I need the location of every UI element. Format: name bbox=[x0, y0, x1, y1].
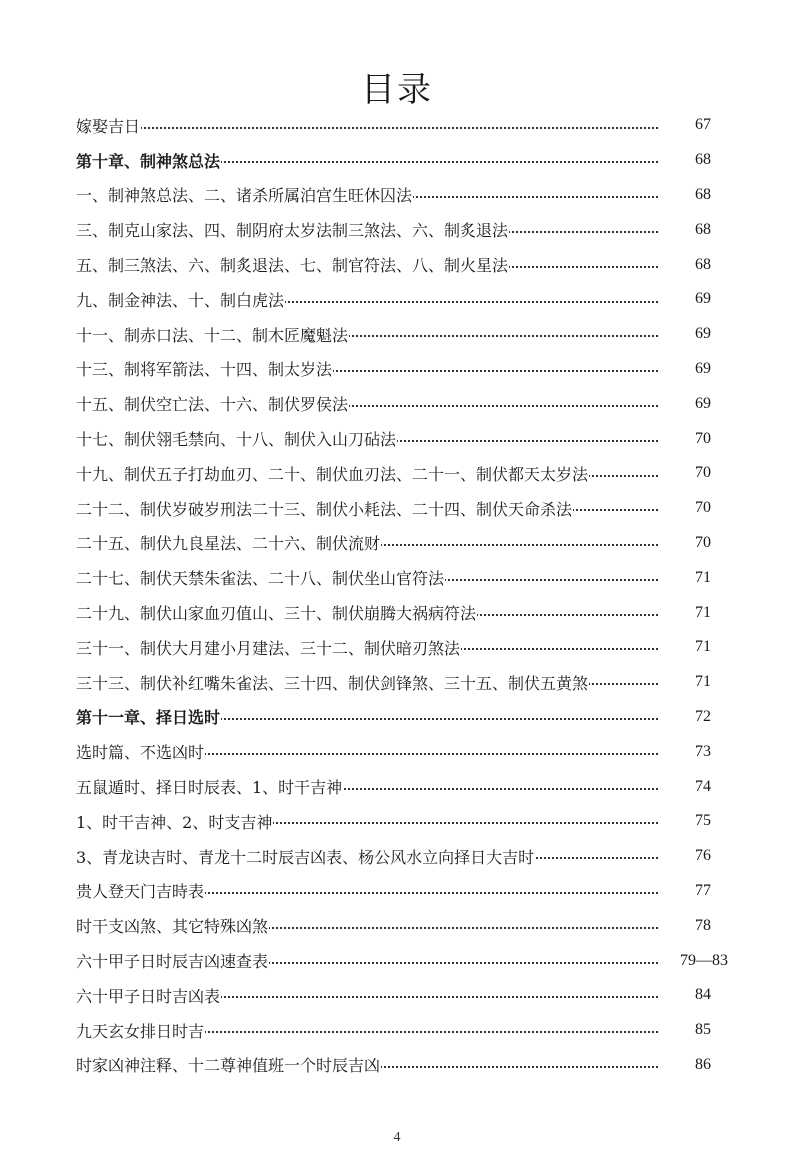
toc-entry[interactable]: 三、制克山家法、四、制阴府太岁法制三煞法、六、制炙退法68 bbox=[76, 212, 736, 247]
toc-entry[interactable]: 五鼠遁时、择日时辰表、1、时干吉神74 bbox=[76, 769, 736, 804]
toc-entry-text: 贵人登天门吉時表 bbox=[76, 882, 205, 901]
toc-entry-page: 69 bbox=[678, 290, 728, 308]
toc-entry[interactable]: 1、时干吉神、2、时支吉神75 bbox=[76, 804, 736, 839]
toc-chapter-entry[interactable]: 第十章、制神煞总法68 bbox=[76, 143, 736, 178]
toc-entry-page: 78 bbox=[678, 917, 728, 935]
toc-entry[interactable]: 十七、制伏翎毛禁向、十八、制伏入山刀砧法70 bbox=[76, 421, 736, 456]
toc-entry-text: 十九、制伏五子打劫血刃、二十、制伏血刃法、二十一、制伏都天太岁法 bbox=[76, 465, 589, 484]
toc-entry[interactable]: 六十甲子日时吉凶表84 bbox=[76, 978, 736, 1013]
toc-entry[interactable]: 二十九、制伏山家血刃值山、三十、制伏崩腾大祸病符法71 bbox=[76, 595, 736, 630]
toc-entry-label: 十三、制将军箭法、十四、制太岁法 bbox=[76, 357, 660, 380]
page-title: 目录 bbox=[0, 62, 794, 111]
toc-entry-page: 69 bbox=[678, 360, 728, 378]
toc-entry-label: 一、制神煞总法、二、诸杀所属泊宫生旺休囚法 bbox=[76, 183, 660, 206]
toc-entry[interactable]: 十三、制将军箭法、十四、制太岁法69 bbox=[76, 352, 736, 387]
toc-entry-text: 九天玄女排日时吉 bbox=[76, 1022, 205, 1041]
toc-entry-text: 第十章、制神煞总法 bbox=[76, 152, 221, 171]
toc-entry-label: 五鼠遁时、择日时辰表、1、时干吉神 bbox=[76, 775, 660, 798]
toc-entry-label: 九天玄女排日时吉 bbox=[76, 1019, 660, 1042]
page-number: 4 bbox=[0, 1130, 794, 1146]
toc-entry[interactable]: 二十二、制伏岁破岁刑法二十三、制伏小耗法、二十四、制伏天命杀法70 bbox=[76, 491, 736, 526]
toc-entry-page: 67 bbox=[678, 116, 728, 134]
toc-entry-page: 79—83 bbox=[664, 952, 744, 970]
toc-entry-page: 72 bbox=[678, 708, 728, 726]
toc-entry-page: 68 bbox=[678, 221, 728, 239]
toc-chapter-entry[interactable]: 第十一章、择日选时72 bbox=[76, 700, 736, 735]
toc-entry-text: 六十甲子日时辰吉凶速查表 bbox=[76, 952, 269, 971]
toc-entry-page: 84 bbox=[678, 986, 728, 1004]
toc-entry-label: 十一、制赤口法、十二、制木匠魔魁法 bbox=[76, 323, 660, 346]
toc-entry-page: 70 bbox=[678, 534, 728, 552]
toc-entry-text: 二十九、制伏山家血刃值山、三十、制伏崩腾大祸病符法 bbox=[76, 604, 477, 623]
toc-entry-text: 十三、制将军箭法、十四、制太岁法 bbox=[76, 360, 333, 379]
toc-entry-text: 3、青龙诀吉时、青龙十二时辰吉凶表、杨公风水立向择日大吉时 bbox=[76, 848, 535, 867]
toc-entry-label: 选时篇、不选凶时 bbox=[76, 740, 660, 763]
toc-entry-label: 第十章、制神煞总法 bbox=[76, 149, 660, 172]
toc-entry-text: 三十三、制伏补红嘴朱雀法、三十四、制伏剑锋煞、三十五、制伏五黄煞 bbox=[76, 674, 589, 693]
toc-entry-text: 五鼠遁时、择日时辰表、1、时干吉神 bbox=[76, 778, 343, 797]
toc-entry-page: 68 bbox=[678, 256, 728, 274]
toc-entry-page: 73 bbox=[678, 743, 728, 761]
toc-entry-label: 时干支凶煞、其它特殊凶煞 bbox=[76, 914, 660, 937]
toc-entry-text: 选时篇、不选凶时 bbox=[76, 743, 205, 762]
toc-entry-text: 第十一章、择日选时 bbox=[76, 708, 221, 727]
toc-entry-text: 时家凶神注释、十二尊神值班一个时辰吉凶 bbox=[76, 1056, 381, 1075]
toc-entry-text: 十七、制伏翎毛禁向、十八、制伏入山刀砧法 bbox=[76, 430, 397, 449]
toc-entry-label: 时家凶神注释、十二尊神值班一个时辰吉凶 bbox=[76, 1053, 660, 1076]
toc-entry-page: 77 bbox=[678, 882, 728, 900]
toc-entry-label: 二十二、制伏岁破岁刑法二十三、制伏小耗法、二十四、制伏天命杀法 bbox=[76, 497, 660, 520]
toc-entry-label: 二十七、制伏天禁朱雀法、二十八、制伏坐山官符法 bbox=[76, 566, 660, 589]
toc-entry-label: 二十九、制伏山家血刃值山、三十、制伏崩腾大祸病符法 bbox=[76, 601, 660, 624]
table-of-contents: 嫁娶吉日67第十章、制神煞总法68一、制神煞总法、二、诸杀所属泊宫生旺休囚法68… bbox=[76, 108, 736, 1082]
toc-entry[interactable]: 二十七、制伏天禁朱雀法、二十八、制伏坐山官符法71 bbox=[76, 560, 736, 595]
toc-entry-text: 二十二、制伏岁破岁刑法二十三、制伏小耗法、二十四、制伏天命杀法 bbox=[76, 500, 573, 519]
toc-entry-page: 74 bbox=[678, 778, 728, 796]
toc-entry[interactable]: 九天玄女排日时吉85 bbox=[76, 1013, 736, 1048]
toc-entry-label: 二十五、制伏九良星法、二十六、制伏流财 bbox=[76, 531, 660, 554]
toc-entry-text: 九、制金神法、十、制白虎法 bbox=[76, 291, 285, 310]
toc-entry-text: 二十五、制伏九良星法、二十六、制伏流财 bbox=[76, 534, 381, 553]
toc-entry-page: 85 bbox=[678, 1021, 728, 1039]
toc-entry[interactable]: 3、青龙诀吉时、青龙十二时辰吉凶表、杨公风水立向择日大吉时76 bbox=[76, 839, 736, 874]
toc-entry-label: 三、制克山家法、四、制阴府太岁法制三煞法、六、制炙退法 bbox=[76, 218, 660, 241]
toc-entry-text: 时干支凶煞、其它特殊凶煞 bbox=[76, 917, 269, 936]
toc-entry-page: 70 bbox=[678, 464, 728, 482]
toc-entry-text: 嫁娶吉日 bbox=[76, 117, 141, 136]
toc-entry-label: 嫁娶吉日 bbox=[76, 114, 660, 137]
toc-entry-label: 三十一、制伏大月建小月建法、三十二、制伏暗刃煞法 bbox=[76, 636, 660, 659]
toc-entry-text: 六十甲子日时吉凶表 bbox=[76, 987, 221, 1006]
toc-entry-label: 第十一章、择日选时 bbox=[76, 705, 660, 728]
toc-entry[interactable]: 十九、制伏五子打劫血刃、二十、制伏血刃法、二十一、制伏都天太岁法70 bbox=[76, 456, 736, 491]
toc-entry[interactable]: 时家凶神注释、十二尊神值班一个时辰吉凶86 bbox=[76, 1048, 736, 1083]
toc-entry-label: 六十甲子日时辰吉凶速查表 bbox=[76, 949, 660, 972]
toc-entry[interactable]: 三十一、制伏大月建小月建法、三十二、制伏暗刃煞法71 bbox=[76, 630, 736, 665]
toc-entry[interactable]: 十一、制赤口法、十二、制木匠魔魁法69 bbox=[76, 317, 736, 352]
toc-entry-page: 68 bbox=[678, 186, 728, 204]
toc-entry-page: 71 bbox=[678, 604, 728, 622]
toc-entry-label: 贵人登天门吉時表 bbox=[76, 879, 660, 902]
toc-entry[interactable]: 时干支凶煞、其它特殊凶煞78 bbox=[76, 908, 736, 943]
toc-entry-text: 二十七、制伏天禁朱雀法、二十八、制伏坐山官符法 bbox=[76, 569, 445, 588]
toc-entry-text: 五、制三煞法、六、制炙退法、七、制官符法、八、制火星法 bbox=[76, 256, 509, 275]
toc-entry-page: 71 bbox=[678, 638, 728, 656]
toc-entry[interactable]: 六十甲子日时辰吉凶速查表79—83 bbox=[76, 943, 736, 978]
toc-entry-label: 1、时干吉神、2、时支吉神 bbox=[76, 810, 660, 833]
toc-entry-text: 十五、制伏空亡法、十六、制伏罗侯法 bbox=[76, 395, 349, 414]
toc-entry[interactable]: 三十三、制伏补红嘴朱雀法、三十四、制伏剑锋煞、三十五、制伏五黄煞71 bbox=[76, 665, 736, 700]
toc-entry[interactable]: 九、制金神法、十、制白虎法69 bbox=[76, 282, 736, 317]
toc-entry-page: 75 bbox=[678, 812, 728, 830]
toc-entry-page: 70 bbox=[678, 430, 728, 448]
toc-entry-label: 五、制三煞法、六、制炙退法、七、制官符法、八、制火星法 bbox=[76, 253, 660, 276]
toc-entry-page: 68 bbox=[678, 151, 728, 169]
toc-entry-label: 十五、制伏空亡法、十六、制伏罗侯法 bbox=[76, 392, 660, 415]
toc-entry[interactable]: 五、制三煞法、六、制炙退法、七、制官符法、八、制火星法68 bbox=[76, 247, 736, 282]
toc-entry[interactable]: 选时篇、不选凶时73 bbox=[76, 734, 736, 769]
toc-entry-text: 十一、制赤口法、十二、制木匠魔魁法 bbox=[76, 326, 349, 345]
toc-entry-text: 一、制神煞总法、二、诸杀所属泊宫生旺休囚法 bbox=[76, 186, 413, 205]
toc-entry-page: 69 bbox=[678, 395, 728, 413]
toc-entry-label: 十九、制伏五子打劫血刃、二十、制伏血刃法、二十一、制伏都天太岁法 bbox=[76, 462, 660, 485]
toc-entry-text: 三十一、制伏大月建小月建法、三十二、制伏暗刃煞法 bbox=[76, 639, 461, 658]
toc-entry-page: 71 bbox=[678, 569, 728, 587]
toc-entry[interactable]: 十五、制伏空亡法、十六、制伏罗侯法69 bbox=[76, 386, 736, 421]
toc-entry-label: 六十甲子日时吉凶表 bbox=[76, 984, 660, 1007]
toc-entry-text: 1、时干吉神、2、时支吉神 bbox=[76, 813, 273, 832]
toc-entry-page: 70 bbox=[678, 499, 728, 517]
toc-entry[interactable]: 一、制神煞总法、二、诸杀所属泊宫生旺休囚法68 bbox=[76, 178, 736, 213]
toc-entry-page: 76 bbox=[678, 847, 728, 865]
toc-entry[interactable]: 嫁娶吉日67 bbox=[76, 108, 736, 143]
toc-entry-page: 71 bbox=[678, 673, 728, 691]
toc-entry-text: 三、制克山家法、四、制阴府太岁法制三煞法、六、制炙退法 bbox=[76, 221, 509, 240]
toc-entry[interactable]: 贵人登天门吉時表77 bbox=[76, 874, 736, 909]
toc-entry[interactable]: 二十五、制伏九良星法、二十六、制伏流财70 bbox=[76, 526, 736, 561]
toc-entry-label: 3、青龙诀吉时、青龙十二时辰吉凶表、杨公风水立向择日大吉时 bbox=[76, 845, 660, 868]
toc-entry-label: 十七、制伏翎毛禁向、十八、制伏入山刀砧法 bbox=[76, 427, 660, 450]
toc-entry-label: 三十三、制伏补红嘴朱雀法、三十四、制伏剑锋煞、三十五、制伏五黄煞 bbox=[76, 671, 660, 694]
toc-entry-page: 86 bbox=[678, 1056, 728, 1074]
toc-entry-label: 九、制金神法、十、制白虎法 bbox=[76, 288, 660, 311]
toc-entry-page: 69 bbox=[678, 325, 728, 343]
